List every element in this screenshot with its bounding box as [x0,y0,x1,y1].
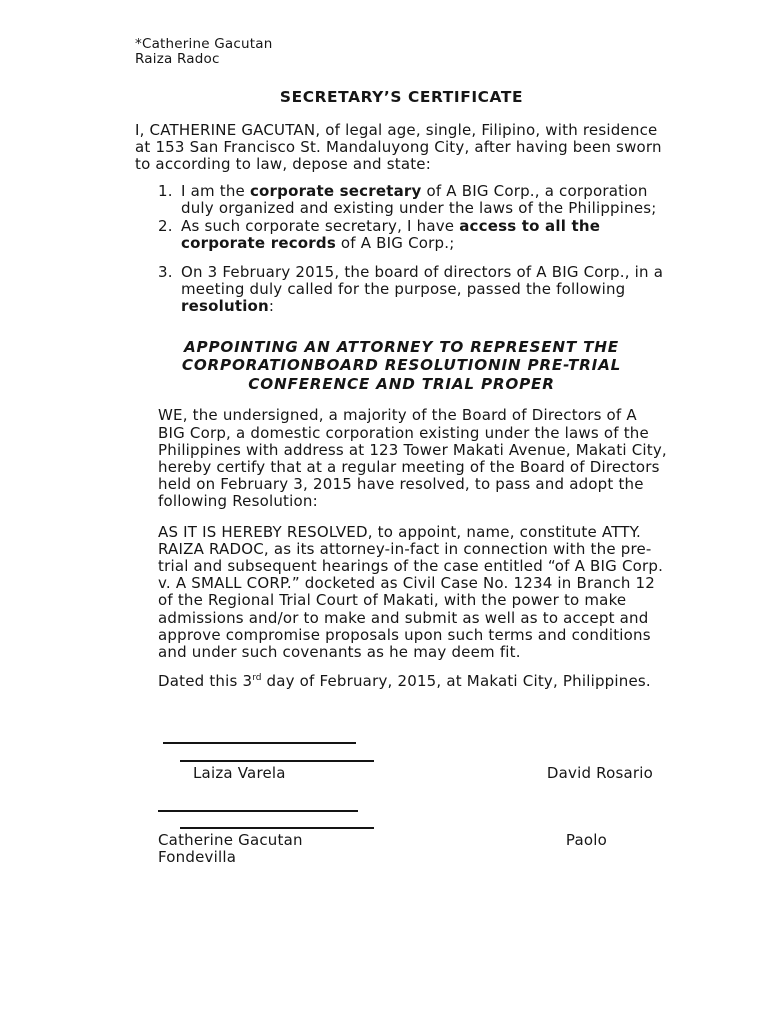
signature-block-2: Catherine Gacutan Paolo Fondevilla [158,810,668,866]
signature-line [180,827,374,829]
list-item-text: On 3 February 2015, the board of directo… [181,264,668,316]
dated-line: Dated this 3rd day of February, 2015, at… [158,673,668,690]
dated-pre: Dated this 3 [158,672,252,690]
list-item: 1. I am the corporate secretary of A BIG… [158,183,668,217]
list-item-number: 1. [158,183,181,217]
resolution-heading-line2: CORPORATIONBOARD RESOLUTIONIN PRE-TRIAL [135,356,668,375]
signature-line [158,810,358,812]
list-item-text-post: of A BIG Corp.; [336,234,455,252]
header-note-line2: Raiza Radoc [135,52,668,67]
document-page: *Catherine Gacutan Raiza Radoc SECRETARY… [0,0,768,1024]
signatory-name-right: Paolo [566,832,607,849]
body-paragraph-1: WE, the undersigned, a majority of the B… [158,407,668,510]
body-content: WE, the undersigned, a majority of the B… [158,407,668,866]
dated-ordinal-suffix: rd [252,673,261,683]
signatory-name-left-line2: Fondevilla [158,849,668,866]
list-item-text-pre: As such corporate secretary, I have [181,217,459,235]
list-item: 3. On 3 February 2015, the board of dire… [158,264,668,316]
signature-line [163,742,356,744]
signature-names-row: Laiza Varela David Rosario [158,765,668,782]
numbered-list: 1. I am the corporate secretary of A BIG… [158,183,668,315]
list-item: 2. As such corporate secretary, I have a… [158,218,668,252]
list-item-text-pre: On 3 February 2015, the board of directo… [181,263,663,298]
signature-names-row: Catherine Gacutan Paolo [158,832,668,849]
resolution-heading-line3: CONFERENCE AND TRIAL PROPER [135,375,668,394]
intro-paragraph: I, CATHERINE GACUTAN, of legal age, sing… [135,122,668,174]
list-item-text-bold: resolution [181,297,269,315]
resolution-heading: APPOINTING AN ATTORNEY TO REPRESENT THE … [135,338,668,394]
list-item-number: 2. [158,218,181,252]
list-item-number: 3. [158,264,181,316]
signature-block-1: Laiza Varela David Rosario [158,742,668,782]
signatory-name-left: Catherine Gacutan [158,832,303,849]
dated-post: day of February, 2015, at Makati City, P… [262,672,651,690]
body-paragraph-2: AS IT IS HEREBY RESOLVED, to appoint, na… [158,524,668,662]
list-item-text-bold: corporate secretary [250,182,422,200]
header-notes: *Catherine Gacutan Raiza Radoc [135,37,668,67]
list-item-text-post: : [269,297,274,315]
list-item-text: As such corporate secretary, I have acce… [181,218,668,252]
signature-line [180,760,374,762]
list-item-text-pre: I am the [181,182,250,200]
page-title: SECRETARY’S CERTIFICATE [135,89,668,106]
signatory-name-left: Laiza Varela [193,765,286,782]
signature-section: Laiza Varela David Rosario Catherine Gac… [158,742,668,866]
list-item-text: I am the corporate secretary of A BIG Co… [181,183,668,217]
header-note-line1: *Catherine Gacutan [135,37,668,52]
signatory-name-right: David Rosario [547,765,653,782]
resolution-heading-line1: APPOINTING AN ATTORNEY TO REPRESENT THE [135,338,668,357]
